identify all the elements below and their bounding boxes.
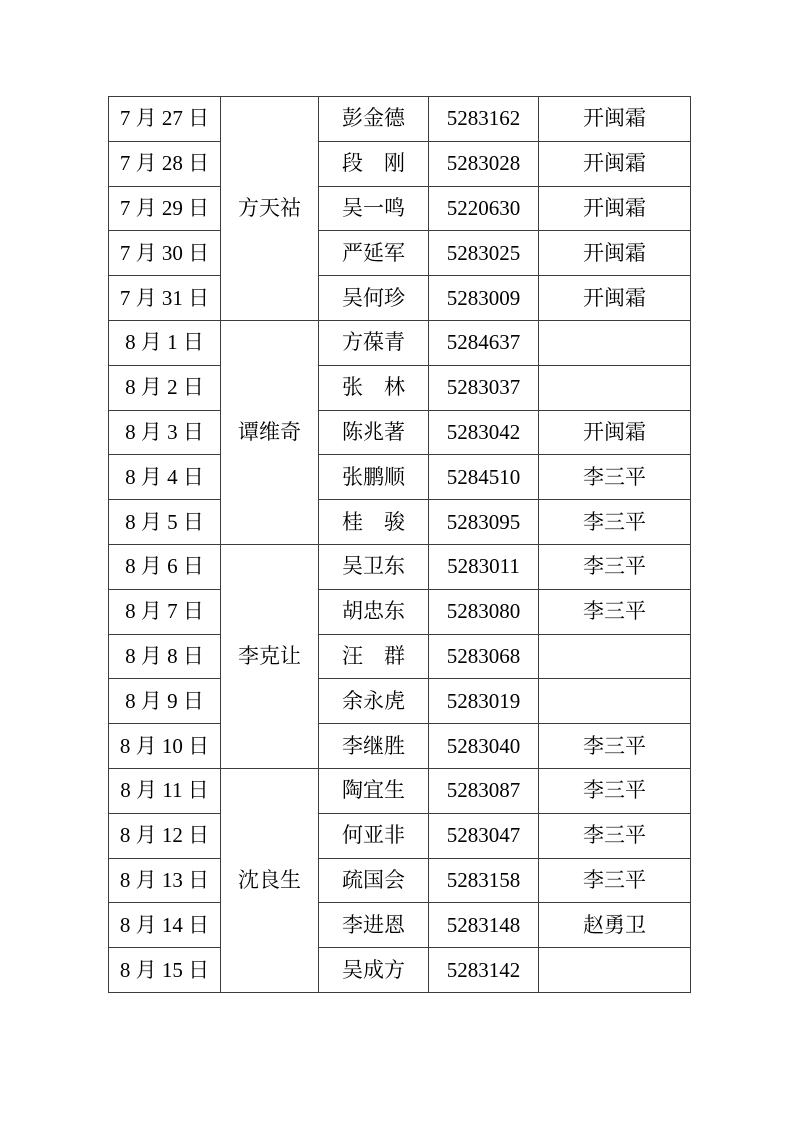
supervisor-cell: 开闽霜 [539,141,691,186]
table-row: 8 月 2 日 张 林 5283037 [109,365,691,410]
leader-cell: 方天祜 [221,97,319,321]
phone-number-cell: 5283028 [429,141,539,186]
phone-number-cell: 5283095 [429,500,539,545]
table-row: 8 月 7 日 胡忠东 5283080 李三平 [109,589,691,634]
supervisor-cell: 开闽霜 [539,410,691,455]
table-row: 7 月 30 日 严延军 5283025 开闽霜 [109,231,691,276]
date-cell: 8 月 3 日 [109,410,221,455]
worker-name-cell: 胡忠东 [319,589,429,634]
worker-name-cell: 方葆青 [319,320,429,365]
supervisor-cell: 开闽霜 [539,186,691,231]
supervisor-cell [539,634,691,679]
phone-number-cell: 5283009 [429,276,539,321]
worker-name-cell: 彭金德 [319,97,429,142]
table-row: 8 月 10 日 李继胜 5283040 李三平 [109,724,691,769]
date-cell: 7 月 31 日 [109,276,221,321]
date-cell: 8 月 7 日 [109,589,221,634]
date-cell: 8 月 8 日 [109,634,221,679]
supervisor-cell: 李三平 [539,724,691,769]
table-row: 8 月 15 日 吴成方 5283142 [109,948,691,993]
date-cell: 7 月 29 日 [109,186,221,231]
phone-number-cell: 5283162 [429,97,539,142]
leader-cell: 李克让 [221,544,319,768]
table-row: 7 月 28 日 段 刚 5283028 开闽霜 [109,141,691,186]
supervisor-cell [539,948,691,993]
worker-name-cell: 吴一鸣 [319,186,429,231]
supervisor-cell [539,365,691,410]
leader-cell: 谭维奇 [221,320,319,544]
table-row: 8 月 9 日 余永虎 5283019 [109,679,691,724]
worker-name-cell: 疏国会 [319,858,429,903]
phone-number-cell: 5283011 [429,544,539,589]
date-cell: 7 月 28 日 [109,141,221,186]
table-row: 7 月 29 日 吴一鸣 5220630 开闽霜 [109,186,691,231]
phone-number-cell: 5283068 [429,634,539,679]
date-cell: 8 月 2 日 [109,365,221,410]
phone-number-cell: 5283019 [429,679,539,724]
phone-number-cell: 5283037 [429,365,539,410]
table-row: 8 月 6 日 李克让 吴卫东 5283011 李三平 [109,544,691,589]
phone-number-cell: 5283142 [429,948,539,993]
worker-name-cell: 吴卫东 [319,544,429,589]
supervisor-cell: 李三平 [539,500,691,545]
document-page: 7 月 27 日 方天祜 彭金德 5283162 开闽霜 7 月 28 日 段 … [0,0,799,1131]
worker-name-cell: 李进恩 [319,903,429,948]
table-row: 8 月 14 日 李进恩 5283148 赵勇卫 [109,903,691,948]
table-row: 8 月 13 日 疏国会 5283158 李三平 [109,858,691,903]
phone-number-cell: 5283047 [429,813,539,858]
worker-name-cell: 吴成方 [319,948,429,993]
table-row: 8 月 5 日 桂 骏 5283095 李三平 [109,500,691,545]
supervisor-cell: 赵勇卫 [539,903,691,948]
phone-number-cell: 5283042 [429,410,539,455]
worker-name-cell: 吴何珍 [319,276,429,321]
phone-number-cell: 5283040 [429,724,539,769]
worker-name-cell: 段 刚 [319,141,429,186]
supervisor-cell: 开闽霜 [539,276,691,321]
worker-name-cell: 汪 群 [319,634,429,679]
date-cell: 8 月 12 日 [109,813,221,858]
table-row: 7 月 31 日 吴何珍 5283009 开闽霜 [109,276,691,321]
worker-name-cell: 何亚非 [319,813,429,858]
table-row: 7 月 27 日 方天祜 彭金德 5283162 开闽霜 [109,97,691,142]
date-cell: 8 月 11 日 [109,768,221,813]
supervisor-cell: 李三平 [539,813,691,858]
table-row: 8 月 12 日 何亚非 5283047 李三平 [109,813,691,858]
supervisor-cell: 李三平 [539,544,691,589]
phone-number-cell: 5283080 [429,589,539,634]
worker-name-cell: 李继胜 [319,724,429,769]
date-cell: 8 月 15 日 [109,948,221,993]
phone-number-cell: 5284637 [429,320,539,365]
duty-roster-table: 7 月 27 日 方天祜 彭金德 5283162 开闽霜 7 月 28 日 段 … [108,96,691,993]
worker-name-cell: 张鹏顺 [319,455,429,500]
date-cell: 8 月 5 日 [109,500,221,545]
worker-name-cell: 陈兆著 [319,410,429,455]
phone-number-cell: 5283025 [429,231,539,276]
date-cell: 8 月 13 日 [109,858,221,903]
worker-name-cell: 余永虎 [319,679,429,724]
phone-number-cell: 5283158 [429,858,539,903]
supervisor-cell: 李三平 [539,858,691,903]
worker-name-cell: 陶宜生 [319,768,429,813]
date-cell: 8 月 14 日 [109,903,221,948]
phone-number-cell: 5220630 [429,186,539,231]
table-row: 8 月 4 日 张鹏顺 5284510 李三平 [109,455,691,500]
table-row: 8 月 11 日 沈良生 陶宜生 5283087 李三平 [109,768,691,813]
date-cell: 8 月 1 日 [109,320,221,365]
supervisor-cell [539,320,691,365]
worker-name-cell: 严延军 [319,231,429,276]
supervisor-cell [539,679,691,724]
phone-number-cell: 5284510 [429,455,539,500]
date-cell: 8 月 9 日 [109,679,221,724]
table-row: 8 月 8 日 汪 群 5283068 [109,634,691,679]
date-cell: 7 月 27 日 [109,97,221,142]
worker-name-cell: 桂 骏 [319,500,429,545]
table-row: 8 月 1 日 谭维奇 方葆青 5284637 [109,320,691,365]
leader-cell: 沈良生 [221,768,319,992]
date-cell: 8 月 6 日 [109,544,221,589]
phone-number-cell: 5283148 [429,903,539,948]
date-cell: 8 月 10 日 [109,724,221,769]
phone-number-cell: 5283087 [429,768,539,813]
supervisor-cell: 开闽霜 [539,97,691,142]
supervisor-cell: 李三平 [539,589,691,634]
date-cell: 7 月 30 日 [109,231,221,276]
worker-name-cell: 张 林 [319,365,429,410]
date-cell: 8 月 4 日 [109,455,221,500]
table-row: 8 月 3 日 陈兆著 5283042 开闽霜 [109,410,691,455]
supervisor-cell: 李三平 [539,455,691,500]
supervisor-cell: 李三平 [539,768,691,813]
supervisor-cell: 开闽霜 [539,231,691,276]
